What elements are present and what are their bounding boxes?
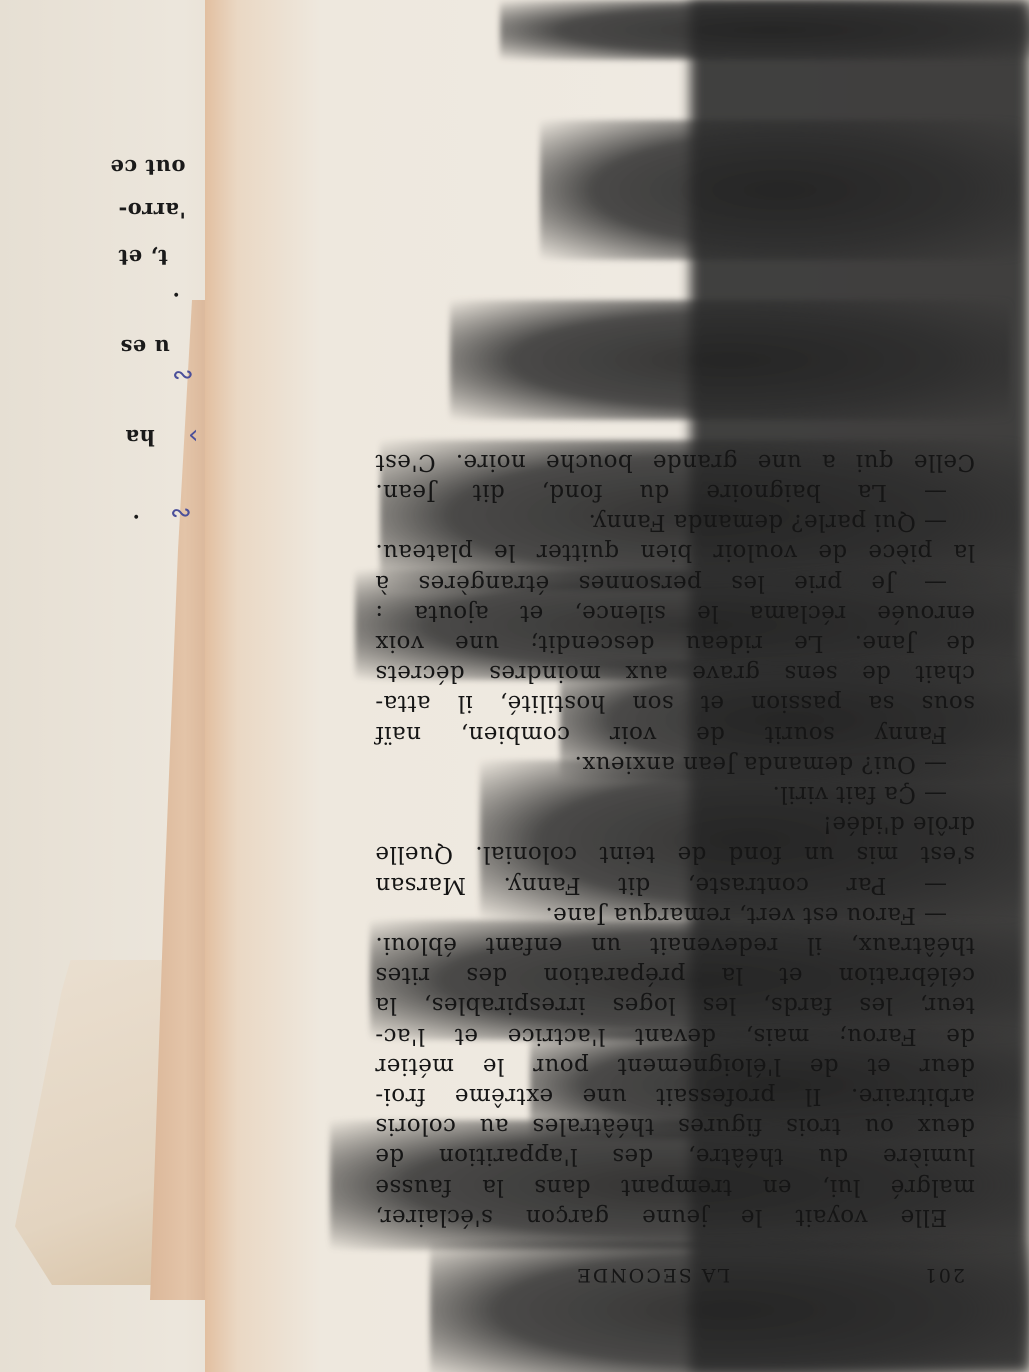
text-line: — Ça fait viril.: [375, 779, 975, 809]
text-line: la pièce de vouloir bien quitter le plat…: [375, 537, 975, 567]
running-head-title: LA SECONDE: [575, 1260, 730, 1290]
left-page-text-fragment: .: [172, 288, 180, 313]
left-page-text-fragment: t, et: [118, 245, 168, 270]
text-line: drôle d'idée!: [375, 809, 975, 839]
text-line: teur, les fards, les loges irrespirables…: [375, 990, 975, 1020]
text-line: arbitraire. Il professait une extrême fr…: [375, 1081, 975, 1111]
text-line: — Oui? demanda Jean anxieux.: [375, 749, 975, 779]
left-page-text-fragment: 'arro-: [118, 198, 186, 223]
left-page-text-fragment: ha: [125, 425, 155, 450]
text-line: sous sa passion et son hostilité, il att…: [375, 688, 975, 718]
pen-mark-icon: ‹: [188, 420, 198, 450]
text-line: s'est mis un fond de teint colonial. Que…: [375, 839, 975, 869]
text-line: — Farou est vert, remarqua Jane.: [375, 900, 975, 930]
text-line: théâtraux, il redevenait un enfant éblou…: [375, 930, 975, 960]
running-head: 201 LA SECONDE: [375, 1260, 975, 1290]
pen-mark-icon: ∾: [170, 498, 192, 528]
text-line: — Qui parle? demanda Fanny.: [375, 507, 975, 537]
text-line: — La baignoire du fond, dit Jean.: [375, 477, 975, 507]
text-line: deur et de l'éloignement pour le métier: [375, 1051, 975, 1081]
text-line: malgré lui, en trempant dans la fausse: [375, 1171, 975, 1201]
text-line: de Jane. Le rideau descendit; une voix: [375, 628, 975, 658]
text-line: chait de sens grave aux moindres décrets: [375, 658, 975, 688]
text-line: — Je prie les personnes étrangères à: [375, 567, 975, 597]
photo-scene: out ce 'arro- t, et . u es ha . ∾ ‹ ∾ 20…: [0, 0, 1029, 1372]
text-line: — Par contraste, dit Fanny. Marsan: [375, 869, 975, 899]
printed-text-block: 201 LA SECONDE Elle voyait le jeune garç…: [375, 150, 975, 1290]
charcoal-stroke: [500, 0, 1029, 60]
page-number: 201: [923, 1260, 965, 1290]
left-page-text-fragment: .: [132, 510, 140, 535]
left-page-text-fragment: u es: [120, 335, 170, 360]
text-line: enrouée réclama le silence, et ajouta :: [375, 598, 975, 628]
text-line: Celle qui a une grande bouche noire. C'e…: [375, 447, 975, 477]
text-line: de Farou; mais, devant l'actrice et l'ac…: [375, 1020, 975, 1050]
text-line: Elle voyait le jeune garçon s'éclairer,: [375, 1202, 975, 1232]
text-line: deux ou trois figures théâtrales au colo…: [375, 1111, 975, 1141]
text-line: Fanny sourit de voir combien, naïf: [375, 718, 975, 748]
left-page-text-fragment: out ce: [110, 155, 185, 180]
text-line: célébration et la préparation des rites: [375, 960, 975, 990]
text-line: lumière du théâtre, des l'apparition de: [375, 1141, 975, 1171]
pen-mark-icon: ∾: [172, 360, 194, 390]
